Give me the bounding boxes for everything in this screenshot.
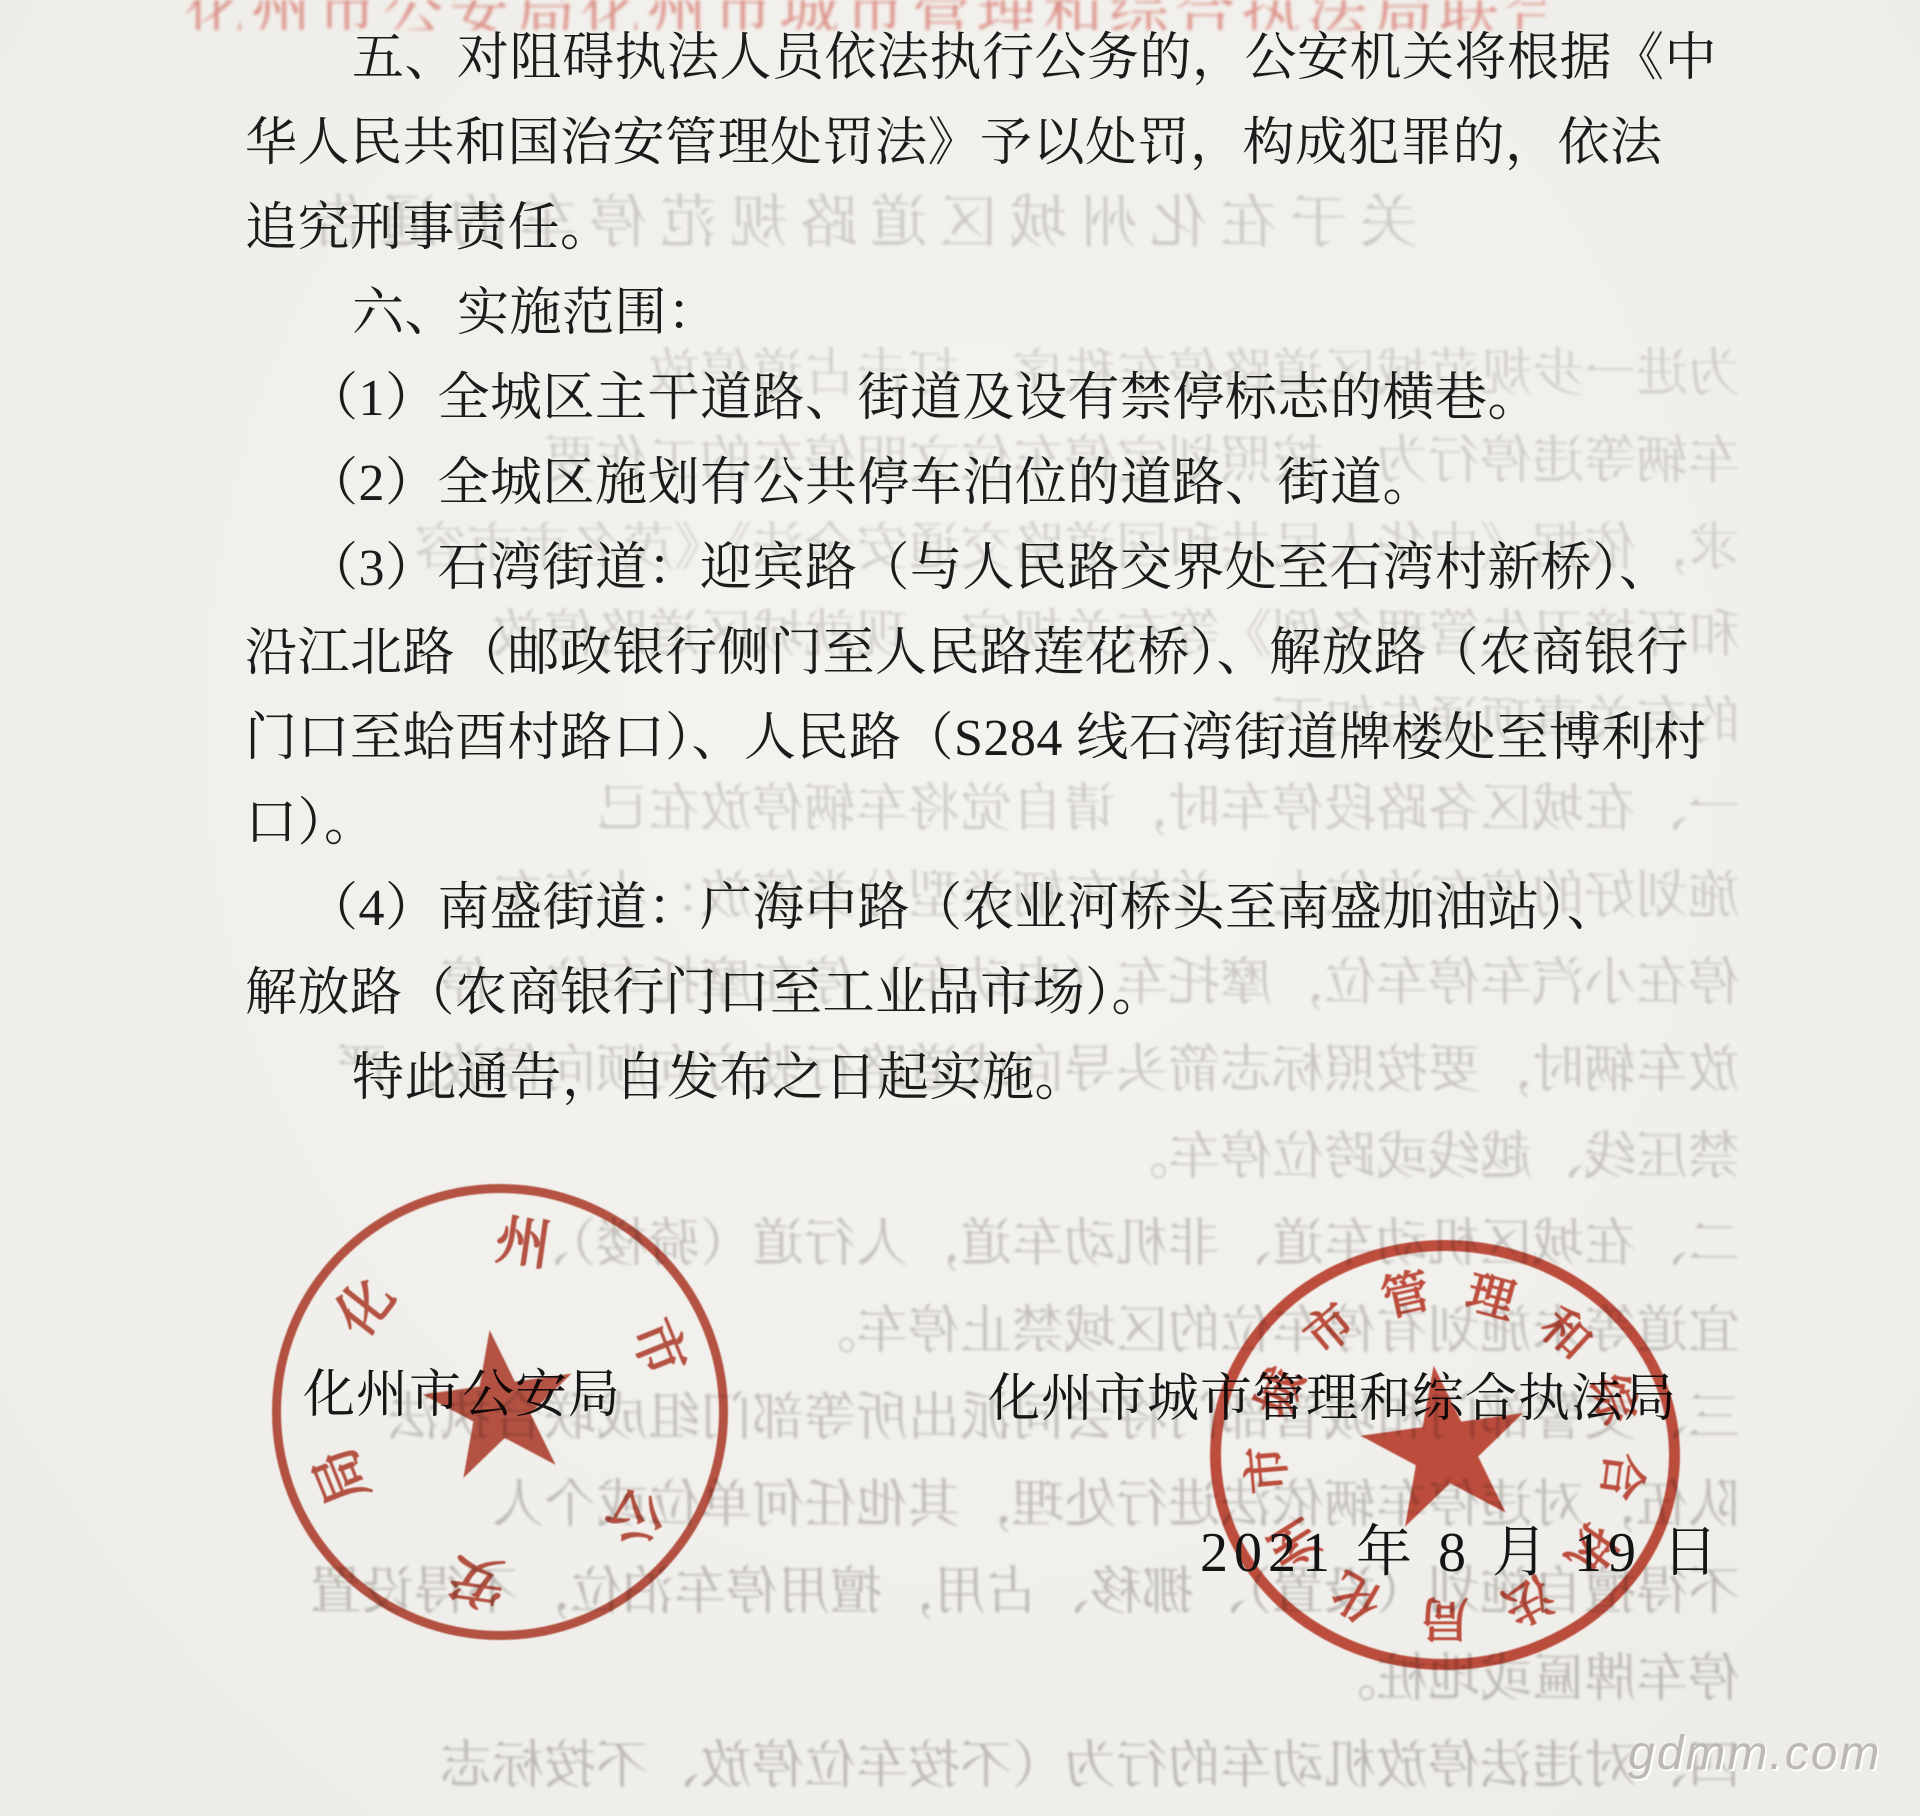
seal-ring-char: 合 bbox=[1589, 1449, 1664, 1506]
document-line: 特此通告，自发布之日起实施。 bbox=[352, 1050, 1087, 1110]
document-line: （3）石湾街道：迎宾路（与人民路交界处至石湾村新桥）、 bbox=[306, 540, 1672, 600]
document-line: 沿江北路（邮政银行侧门至人民路莲花桥）、解放路（农商银行 bbox=[245, 625, 1689, 685]
document-line: 华人民共和国治安管理处罚法》予以处罚，构成犯罪的，依法 bbox=[245, 115, 1663, 175]
document-line: 口）。 bbox=[245, 795, 377, 855]
police-seal: ★ 化州市公安局 bbox=[272, 1184, 728, 1640]
document-line: （4）南盛街道：广海中路（农业河桥头至南盛加油站）、 bbox=[306, 880, 1619, 940]
scanned-notice-page: 关于在化州城区道路规范停车的通告 为进一步规范城区道路停车秩序，打击占道停放车辆… bbox=[0, 0, 1920, 1816]
city-admin-seal: ★ 化州市城市管理和综合执法局 bbox=[1210, 1240, 1680, 1670]
seal-ring-char: 市 bbox=[1226, 1443, 1299, 1497]
seal-ring-char: 局 bbox=[1421, 1589, 1469, 1658]
document-line: 追究刑事责任。 bbox=[245, 200, 613, 260]
date-line: 2021 年 8 月 19 日 bbox=[1200, 1522, 1724, 1584]
document-line: （2）全城区施划有公共停车泊位的道路、街道。 bbox=[306, 455, 1435, 515]
star-icon: ★ bbox=[399, 1295, 600, 1514]
document-line: 解放路（农商银行门口至工业品市场）。 bbox=[245, 965, 1164, 1025]
watermark: gdmm.com bbox=[1628, 1726, 1881, 1781]
document-line: 六、实施范围： bbox=[352, 285, 720, 345]
document-line: （1）全城区主干道路、街道及设有禁停标志的横巷。 bbox=[306, 370, 1540, 430]
seal-ring-char: 州 bbox=[492, 1195, 557, 1281]
document-line: 门口至蛤酉村路口）、人民路（S284 线石湾街道牌楼处至博利村 bbox=[245, 710, 1706, 770]
seal-ring-char: 安 bbox=[443, 1543, 508, 1629]
document-line: 五、对阻碍执法人员依法执行公务的，公安机关将根据《中 bbox=[352, 30, 1717, 90]
